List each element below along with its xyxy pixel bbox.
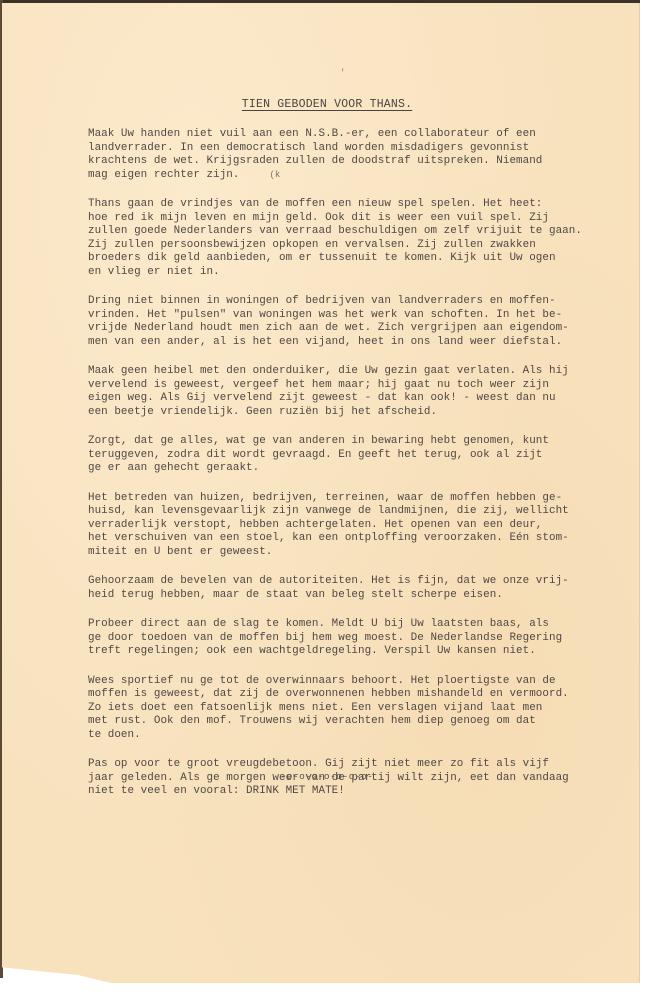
text-line: en vlieg er niet in. (88, 266, 608, 280)
text-line: Zorgt, dat ge alles, wat ge van anderen … (88, 435, 608, 449)
line-text: verraderlijk verstopt, hebben achtergela… (88, 519, 542, 531)
text-line: Zij zullen persoonsbewijzen opkopen en v… (88, 239, 608, 253)
line-text: heid terug hebben, maar de staat van bel… (88, 589, 503, 601)
line-text: niet te veel en vooral: DRINK MET MATE! (88, 785, 345, 797)
commandment-paragraph: Maak geen heibel met den onderduiker, di… (88, 365, 608, 419)
text-line: vrijde Nederland houdt men zich aan de w… (88, 322, 608, 336)
line-text: Het betreden van huizen, bedrijven, terr… (88, 492, 562, 504)
line-text: eigen weg. Als Gij vervelend zijt gewees… (88, 392, 556, 404)
text-line: krachtens de wet. Krijgsraden zullen de … (88, 155, 608, 169)
stamp-mark: (k (269, 169, 280, 183)
line-text: miteit en U bent er geweest. (88, 546, 272, 558)
line-text: te doen. (88, 729, 141, 741)
line-text: ge door toedoen van de moffen bij hem we… (88, 632, 562, 644)
text-line: broeders dik geld aanbieden, om er tusse… (88, 252, 608, 266)
text-line: Pas op voor te groot vreugdebetoon. Gij … (88, 758, 608, 772)
text-line: een beetje vriendelijk. Geen ruziën bij … (88, 406, 608, 420)
line-text: krachtens de wet. Krijgsraden zullen de … (88, 155, 542, 167)
line-text: vrinden. Het "pulsen" van woningen was h… (88, 309, 562, 321)
text-line: Gehoorzaam de bevelen van de autoriteite… (88, 575, 608, 589)
text-line: heid terug hebben, maar de staat van bel… (88, 589, 608, 603)
line-text: Maak Uw handen niet vuil aan een N.S.B.-… (88, 128, 536, 140)
document-title: TIEN GEBODEN VOOR THANS. (0, 98, 654, 111)
text-line: Dring niet binnen in woningen of bedrijv… (88, 295, 608, 309)
line-text: broeders dik geld aanbieden, om er tusse… (88, 252, 556, 264)
scan-edge-top (0, 0, 640, 3)
closing-divider: -o-o-o-o-o-o-o- (0, 771, 654, 782)
text-line: het verschuiven van een stoel, kan een o… (88, 532, 608, 546)
text-line: zullen goede Nederlanders van verraad be… (88, 225, 608, 239)
line-text: hoe red ik mijn leven en mijn geld. Ook … (88, 212, 549, 224)
text-line: vrinden. Het "pulsen" van woningen was h… (88, 309, 608, 323)
text-line: men van een ander, al is het een vijand,… (88, 336, 608, 350)
text-line: moffen is geweest, dat zij de overwonnen… (88, 688, 608, 702)
line-text: Dring niet binnen in woningen of bedrijv… (88, 295, 556, 307)
commandment-paragraph: Het betreden van huizen, bedrijven, terr… (88, 492, 608, 560)
line-text: zullen goede Nederlanders van verraad be… (88, 225, 582, 237)
line-text: Maak geen heibel met den onderduiker, di… (88, 365, 569, 377)
line-text: ge er aan gehecht geraakt. (88, 462, 259, 474)
document-body: Maak Uw handen niet vuil aan een N.S.B.-… (88, 128, 608, 815)
text-line: Maak geen heibel met den onderduiker, di… (88, 365, 608, 379)
line-text: een beetje vriendelijk. Geen ruziën bij … (88, 406, 437, 418)
text-line: met rust. Ook den mof. Trouwens wij vera… (88, 715, 608, 729)
text-line: eigen weg. Als Gij vervelend zijt gewees… (88, 392, 608, 406)
text-line: huisd, kan levensgevaarlijk zijn vanwege… (88, 505, 608, 519)
commandment-paragraph: Probeer direct aan de slag te komen. Mel… (88, 618, 608, 659)
commandment-paragraph: Wees sportief nu ge tot de overwinnaars … (88, 675, 608, 743)
line-text: vrijde Nederland houdt men zich aan de w… (88, 322, 569, 334)
commandment-paragraph: Thans gaan de vrindjes van de moffen een… (88, 198, 608, 279)
line-text: Thans gaan de vrindjes van de moffen een… (88, 198, 542, 210)
text-line: landverrader. In een democratisch land w… (88, 142, 608, 156)
text-line: Probeer direct aan de slag te komen. Mel… (88, 618, 608, 632)
text-line: vervelend is geweest, vergeef het hem ma… (88, 379, 608, 393)
line-text: Wees sportief nu ge tot de overwinnaars … (88, 675, 556, 687)
line-text: landverrader. In een democratisch land w… (88, 142, 529, 154)
text-line: Thans gaan de vrindjes van de moffen een… (88, 198, 608, 212)
line-text: treft regelingen; ook een wachtgeldregel… (88, 645, 536, 657)
text-line: verraderlijk verstopt, hebben achtergela… (88, 519, 608, 533)
document-title-text: TIEN GEBODEN VOOR THANS. (242, 98, 412, 111)
text-line: ge er aan gehecht geraakt. (88, 462, 608, 476)
text-line: teruggeven, zodra dit wordt gevraagd. En… (88, 449, 608, 463)
line-text: Zorgt, dat ge alles, wat ge van anderen … (88, 435, 549, 447)
text-line: te doen. (88, 729, 608, 743)
ink-mark: ' (340, 68, 345, 78)
text-line: Het betreden van huizen, bedrijven, terr… (88, 492, 608, 506)
text-line: hoe red ik mijn leven en mijn geld. Ook … (88, 212, 608, 226)
line-text: men van een ander, al is het een vijand,… (88, 336, 562, 348)
text-line: mag eigen rechter zijn.(k (88, 169, 608, 183)
text-line: Wees sportief nu ge tot de overwinnaars … (88, 675, 608, 689)
commandment-paragraph: Gehoorzaam de bevelen van de autoriteite… (88, 575, 608, 602)
line-text: Zo iets doet een fatsoenlijk mens niet. … (88, 702, 542, 714)
commandment-paragraph: Dring niet binnen in woningen of bedrijv… (88, 295, 608, 349)
line-text: moffen is geweest, dat zij de overwonnen… (88, 688, 569, 700)
line-text: vervelend is geweest, vergeef het hem ma… (88, 379, 549, 391)
text-line: ge door toedoen van de moffen bij hem we… (88, 632, 608, 646)
text-line: niet te veel en vooral: DRINK MET MATE! (88, 785, 608, 799)
line-text: Pas op voor te groot vreugdebetoon. Gij … (88, 758, 549, 770)
line-text: Probeer direct aan de slag te komen. Mel… (88, 618, 549, 630)
text-line: miteit en U bent er geweest. (88, 546, 608, 560)
commandment-paragraph: Zorgt, dat ge alles, wat ge van anderen … (88, 435, 608, 476)
line-text: en vlieg er niet in. (88, 266, 220, 278)
commandment-paragraph: Maak Uw handen niet vuil aan een N.S.B.-… (88, 128, 608, 182)
text-line: treft regelingen; ook een wachtgeldregel… (88, 645, 608, 659)
text-line: Zo iets doet een fatsoenlijk mens niet. … (88, 702, 608, 716)
line-text: teruggeven, zodra dit wordt gevraagd. En… (88, 449, 542, 461)
line-text: huisd, kan levensgevaarlijk zijn vanwege… (88, 505, 569, 517)
line-text: mag eigen rechter zijn. (88, 169, 239, 181)
line-text: Zij zullen persoonsbewijzen opkopen en v… (88, 239, 536, 251)
line-text: met rust. Ook den mof. Trouwens wij vera… (88, 715, 536, 727)
line-text: Gehoorzaam de bevelen van de autoriteite… (88, 575, 569, 587)
text-line: Maak Uw handen niet vuil aan een N.S.B.-… (88, 128, 608, 142)
line-text: het verschuiven van een stoel, kan een o… (88, 532, 569, 544)
